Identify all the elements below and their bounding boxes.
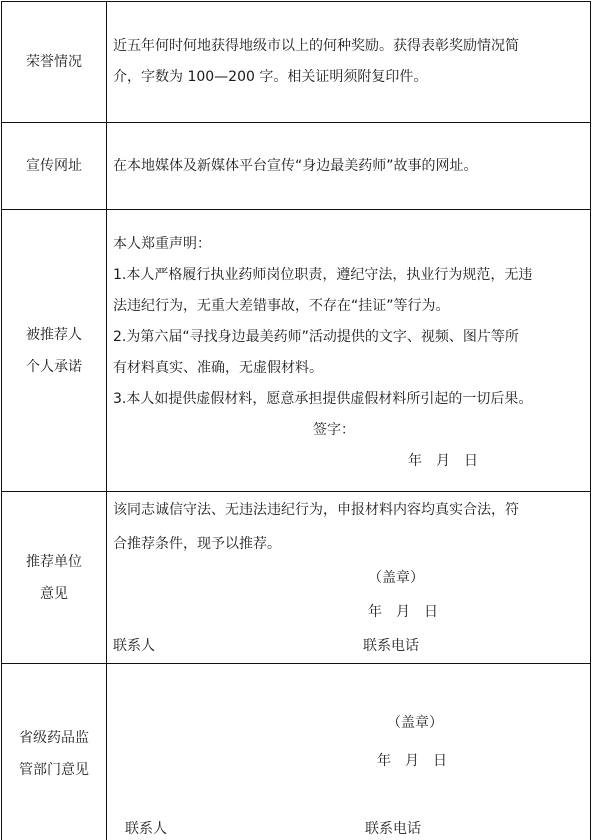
unit-contact-person-field[interactable]: 联系人 [113, 629, 363, 663]
date-year: 年 [368, 604, 382, 620]
label-personal-pledge: 被推荐人 个人承诺 [2, 210, 107, 492]
unit-opinion-line-2: 合推荐条件，现予以推荐。 [113, 527, 590, 561]
label-honors: 荣誉情况 [2, 2, 107, 123]
honors-line-2: 介，字数为 100—200 字。相关证明须附复印件。 [113, 62, 590, 93]
date-year: 年 [377, 753, 391, 769]
date-day: 日 [424, 604, 438, 620]
honors-content[interactable]: 近五年何时何地获得地级市以上的何种奖励。获得表彰奖励情况简 介，字数为 100—… [107, 2, 591, 123]
unit-opinion-line-1: 该同志诚信守法、无违法违纪行为，申报材料内容均真实合法，符 [113, 493, 590, 527]
honors-line-1: 近五年何时何地获得地级市以上的何种奖励。获得表彰奖励情况简 [113, 31, 590, 62]
unit-contact-phone-field[interactable]: 联系电话 [363, 629, 419, 663]
unit-date[interactable]: 年月日 [113, 595, 590, 629]
date-month: 月 [405, 753, 419, 769]
label-provincial-dept: 省级药品监 管部门意见 [2, 664, 107, 840]
row-personal-pledge: 被推荐人 个人承诺 本人郑重声明： 1.本人严格履行执业药师岗位职责，遵纪守法，… [2, 210, 591, 492]
date-month: 月 [396, 604, 410, 620]
pledge-item-2b: 有材料真实、准确，无虚假材料。 [113, 353, 590, 384]
label-dept-line-2: 管部门意见 [2, 754, 106, 786]
label-pledge-line-2: 个人承诺 [2, 351, 106, 383]
pledge-item-1b: 法违纪行为，无重大差错事故，不存在“挂证”等行为。 [113, 291, 590, 322]
pledge-content: 本人郑重声明： 1.本人严格履行执业药师岗位职责，遵纪守法，执业行为规范，无违 … [107, 210, 591, 492]
row-honors: 荣誉情况 近五年何时何地获得地级市以上的何种奖励。获得表彰奖励情况简 介，字数为… [2, 2, 591, 123]
unit-opinion-content: 该同志诚信守法、无违法违纪行为，申报材料内容均真实合法，符 合推荐条件，现予以推… [107, 492, 591, 664]
promo-url-line-1: 在本地媒体及新媒体平台宣传“身边最美药师”故事的网址。 [113, 151, 590, 182]
label-promo-url: 宣传网址 [2, 123, 107, 210]
label-pledge-line-1: 被推荐人 [2, 319, 106, 351]
pledge-item-1a: 1.本人严格履行执业药师岗位职责，遵纪守法，执业行为规范，无违 [113, 260, 590, 291]
unit-contact-row: 联系人 联系电话 [113, 629, 590, 663]
date-month: 月 [436, 453, 450, 469]
dept-seal[interactable]: （盖章） [387, 708, 443, 739]
label-recommending-unit: 推荐单位 意见 [2, 492, 107, 664]
row-recommending-unit: 推荐单位 意见 该同志诚信守法、无违法违纪行为，申报材料内容均真实合法，符 合推… [2, 492, 591, 664]
row-provincial-dept: 省级药品监 管部门意见 （盖章） 年月日 联系人 联系电话 [2, 664, 591, 840]
label-dept-line-1: 省级药品监 [2, 722, 106, 754]
pledge-heading: 本人郑重声明： [113, 229, 590, 260]
unit-seal[interactable]: （盖章） [113, 561, 590, 595]
pledge-item-2a: 2.为第六届“寻找身边最美药师”活动提供的文字、视频、图片等所 [113, 322, 590, 353]
label-unit-line-2: 意见 [2, 578, 106, 610]
signature-label: 签字： [313, 422, 355, 438]
promo-url-content[interactable]: 在本地媒体及新媒体平台宣传“身边最美药师”故事的网址。 [107, 123, 591, 210]
label-promo-url-text: 宣传网址 [26, 158, 82, 174]
label-honors-text: 荣誉情况 [26, 54, 82, 70]
dept-contact-row: 联系人 联系电话 [125, 814, 421, 840]
pledge-item-3: 3.本人如提供虚假材料，愿意承担提供虚假材料所引起的一切后果。 [113, 384, 590, 415]
date-year: 年 [408, 453, 422, 469]
dept-contact-person-field[interactable]: 联系人 [125, 814, 365, 840]
dept-contact-phone-field[interactable]: 联系电话 [365, 814, 421, 840]
dept-opinion-content[interactable]: （盖章） 年月日 联系人 联系电话 [107, 664, 591, 840]
date-day: 日 [464, 453, 478, 469]
dept-date[interactable]: 年月日 [377, 746, 447, 777]
date-day: 日 [433, 753, 447, 769]
pledge-date[interactable]: 年月日 [113, 446, 590, 477]
label-unit-line-1: 推荐单位 [2, 546, 106, 578]
nomination-form-table: 荣誉情况 近五年何时何地获得地级市以上的何种奖励。获得表彰奖励情况简 介，字数为… [1, 1, 591, 840]
row-promo-url: 宣传网址 在本地媒体及新媒体平台宣传“身边最美药师”故事的网址。 [2, 123, 591, 210]
signature-field[interactable]: 签字： [113, 415, 590, 446]
